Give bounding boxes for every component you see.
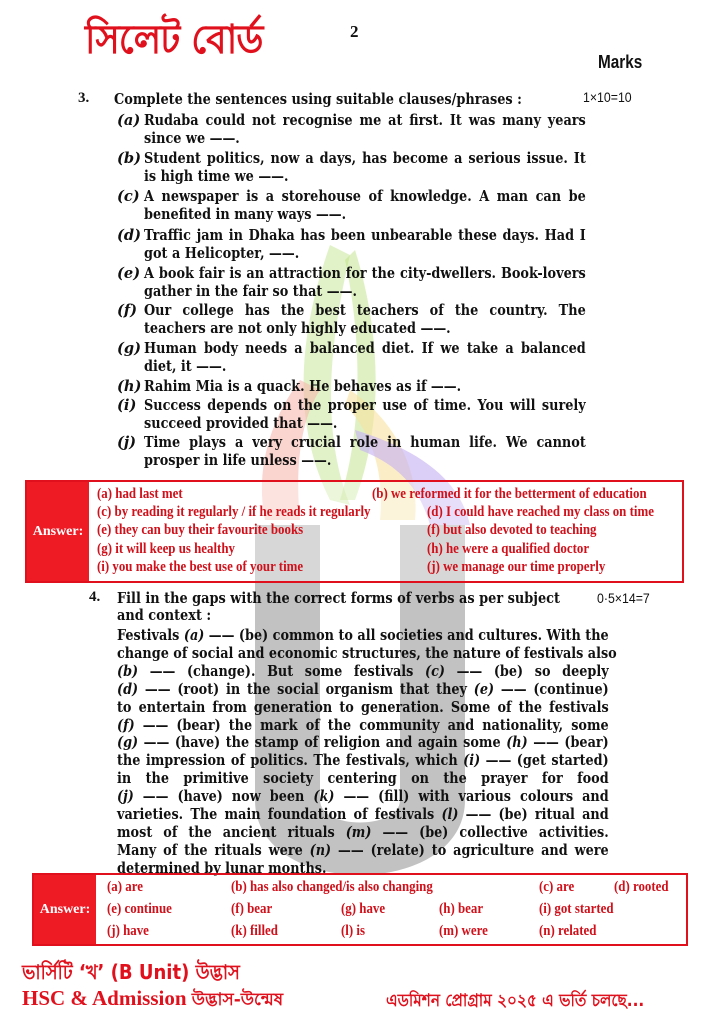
answer-cell: (e) they can buy their favourite books (97, 521, 303, 540)
question-3-item: (g)Human body needs a balanced diet. If … (117, 340, 587, 376)
question-4-marks: 0·5×14=7 (597, 590, 650, 606)
answer-cell: (f) bear (231, 900, 272, 919)
answer-cell: (d) rooted (614, 878, 669, 897)
answer-cell: (j) we manage our time properly (427, 558, 605, 577)
question-3-title: Complete the sentences using suitable cl… (114, 90, 522, 108)
answer-cell: (a) had last met (97, 485, 183, 504)
answer-cell: (f) but also devoted to teaching (427, 521, 596, 540)
footer-promo: এডমিশন প্রোগ্রাম ২০২৫ এ ভর্তি চলছে... (386, 988, 644, 1016)
answer-cell: (h) he were a qualified doctor (427, 540, 589, 559)
answer-cell: (b) has also changed/is also changing (231, 878, 433, 897)
answer-cell: (m) were (439, 922, 488, 941)
footer-program-bangla: উদ্ভাস-উন্মেষ (192, 990, 283, 1010)
answer-cell: (a) are (107, 878, 143, 897)
question-3-item: (i)Success depends on the proper use of … (117, 397, 587, 433)
footer-program-line: HSC & Admission উদ্ভাস-উন্মেষ (22, 986, 283, 1015)
question-4-title-cont: and context : (117, 606, 211, 624)
question-3-number: 3. (78, 90, 89, 107)
answer-cell: (i) you make the best use of your time (97, 558, 303, 577)
page-number: 2 (350, 22, 359, 42)
answer-cell: (g) have (341, 900, 385, 919)
question-3-item: (b)Student politics, now a days, has bec… (117, 150, 587, 186)
question-3-item: (c)A newspaper is a storehouse of knowle… (117, 188, 587, 224)
answer-cell: (h) bear (439, 900, 483, 919)
question-3-item: (e)A book fair is an attraction for the … (117, 265, 587, 301)
question-3-item: (d)Traffic jam in Dhaka has been unbeara… (117, 227, 587, 263)
question-3-marks: 1×10=10 (583, 89, 632, 105)
answer-cell: (j) have (107, 922, 149, 941)
answer-cell: (i) got started (539, 900, 614, 919)
answer-cell: (d) I could have reached my class on tim… (427, 503, 654, 522)
question-4-number: 4. (89, 589, 100, 606)
question-3-item: (j)Time plays a very crucial role in hum… (117, 434, 587, 470)
footer-program-latin: HSC & Admission (22, 986, 187, 1010)
question-4-answer-box: Answer: (a) are (b) has also changed/is … (32, 873, 688, 946)
answer-tag: Answer: (27, 482, 89, 581)
question-4-title: Fill in the gaps with the correct forms … (117, 589, 560, 607)
board-title: সিলেট বোর্ড (85, 8, 263, 75)
answer-cell: (b) we reformed it for the betterment of… (372, 485, 647, 504)
answer-cell: (k) filled (231, 922, 278, 941)
answer-cell: (e) continue (107, 900, 172, 919)
question-3-item: (a)Rudaba could not recognise me at firs… (117, 112, 587, 148)
question-3-item: (f)Our college has the best teachers of … (117, 302, 587, 338)
marks-column-label: Marks (598, 52, 642, 73)
answer-cell: (l) is (341, 922, 365, 941)
answer-cell: (n) related (539, 922, 596, 941)
answer-cell: (c) are (539, 878, 574, 897)
answer-tag: Answer: (34, 875, 96, 944)
answer-cell: (c) by reading it regularly / if he read… (97, 503, 371, 522)
answer-cell: (g) it will keep us healthy (97, 540, 235, 559)
question-4-passage: Festivals (a) —— (be) common to all soci… (117, 627, 609, 878)
question-3-answer-box: Answer: (a) had last met (b) we reformed… (25, 480, 684, 583)
question-3-item: (h)Rahim Mia is a quack. He behaves as i… (117, 378, 587, 396)
